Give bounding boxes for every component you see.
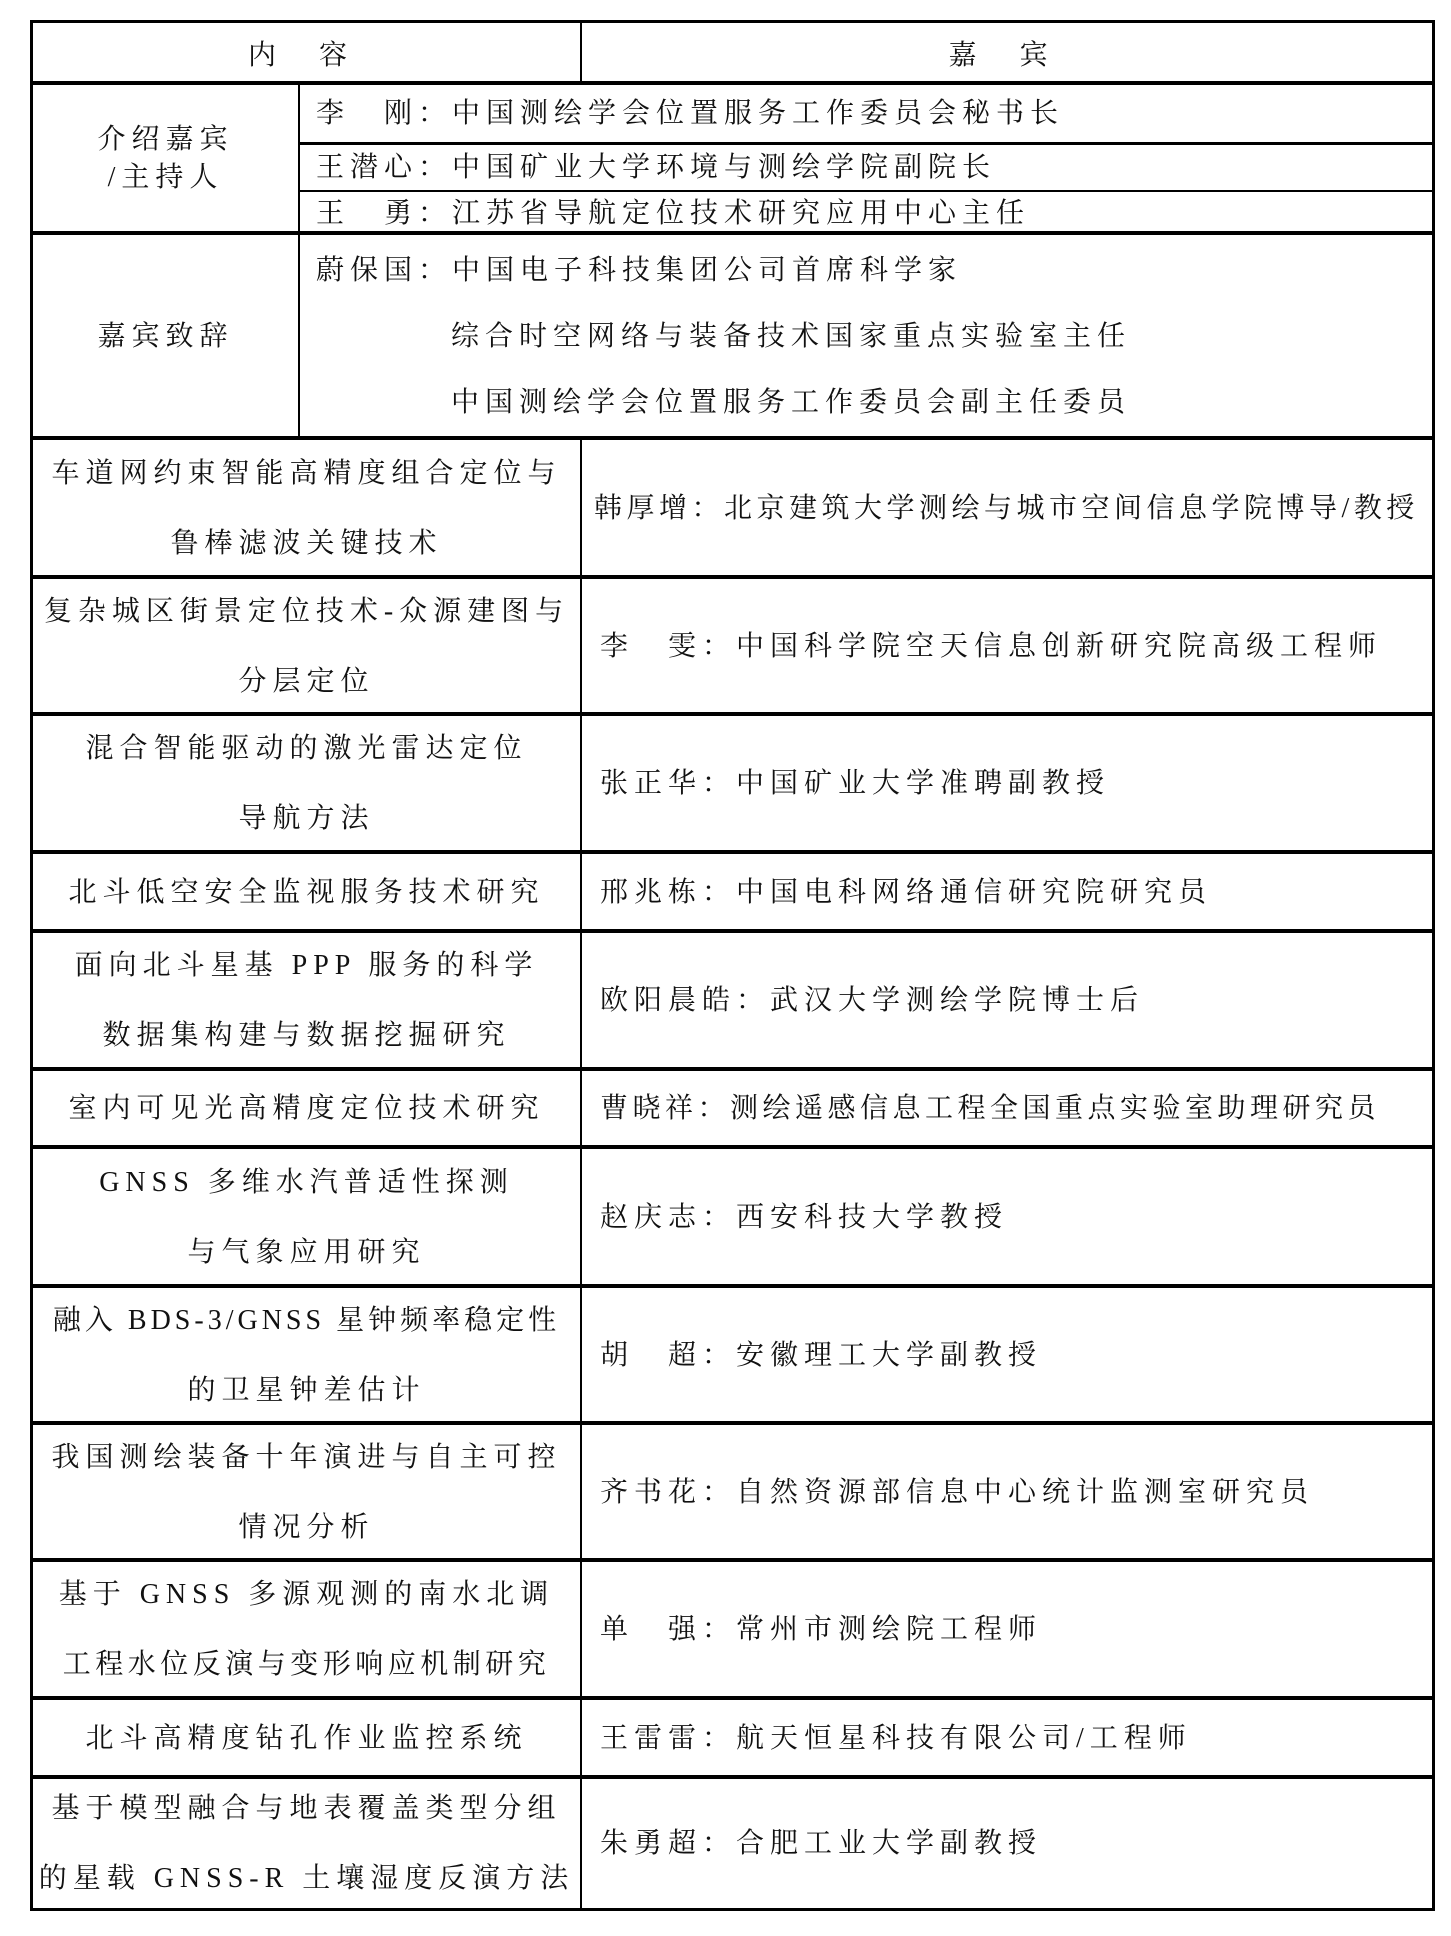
- talk-title-line: 情况分析: [238, 1493, 374, 1563]
- talk-guest-cell: 单 强：常州市测绘院工程师: [580, 1562, 1432, 1698]
- talk-row: 面向北斗星基 PPP 服务的科学 数据集构建与数据挖掘研究 欧阳晨皓：武汉大学测…: [33, 929, 1432, 1069]
- intro-label-line1: 介绍嘉宾: [97, 121, 233, 159]
- intro-section: 介绍嘉宾 /主持人 李 刚：中国测绘学会位置服务工作委员会秘书长 王潜心：中国矿…: [33, 81, 1432, 233]
- talk-title-line: 与气象应用研究: [187, 1218, 425, 1288]
- talk-title-cell: 融入 BDS-3/GNSS 星钟频率稳定性 的卫星钟差估计: [33, 1288, 580, 1423]
- intro-person-row: 李 刚：中国测绘学会位置服务工作委员会秘书长: [300, 85, 1432, 142]
- talk-guest-cell: 韩厚增：北京建筑大学测绘与城市空间信息学院博导/教授: [580, 440, 1432, 577]
- talk-guest-cell: 张正华：中国矿业大学准聘副教授: [580, 716, 1432, 852]
- talk-guest-cell: 朱勇超：合肥工业大学副教授: [580, 1779, 1432, 1908]
- speech-label: 嘉宾致辞: [97, 302, 233, 372]
- talk-title-cell: 面向北斗星基 PPP 服务的科学 数据集构建与数据挖掘研究: [33, 933, 580, 1069]
- talk-title-line: 面向北斗星基 PPP 服务的科学: [75, 931, 539, 1001]
- intro-label-line2: /主持人: [108, 159, 224, 197]
- talk-title-line: 基于 GNSS 多源观测的南水北调: [59, 1560, 555, 1630]
- talk-guest: 韩厚增：北京建筑大学测绘与城市空间信息学院博导/教授: [594, 474, 1432, 544]
- talk-title-line: 融入 BDS-3/GNSS 星钟频率稳定性: [53, 1286, 560, 1356]
- talk-guest: 邢兆栋：中国电科网络通信研究院研究员: [600, 858, 1432, 928]
- talk-row: 我国测绘装备十年演进与自主可控 情况分析 齐书花：自然资源部信息中心统计监测室研…: [33, 1421, 1432, 1560]
- talk-title-line: 分层定位: [238, 647, 374, 717]
- speech-section: 嘉宾致辞 蔚保国：中国电子科技集团公司首席科学家 综合时空网络与装备技术国家重点…: [33, 231, 1432, 438]
- talk-title-cell: 室内可见光高精度定位技术研究: [33, 1071, 580, 1147]
- schedule-table: 内 容 嘉 宾 介绍嘉宾 /主持人 李 刚：中国测绘学会位置服务工作委员会秘书长…: [30, 20, 1435, 1911]
- intro-person-row: 王潜心：中国矿业大学环境与测绘学院副院长: [300, 142, 1432, 190]
- talk-guest: 张正华：中国矿业大学准聘副教授: [600, 749, 1432, 819]
- intro-label-cell: 介绍嘉宾 /主持人: [33, 85, 298, 233]
- talk-guest-cell: 胡 超：安徽理工大学副教授: [580, 1288, 1432, 1423]
- talk-row: 融入 BDS-3/GNSS 星钟频率稳定性 的卫星钟差估计 胡 超：安徽理工大学…: [33, 1284, 1432, 1423]
- talk-guest: 胡 超：安徽理工大学副教授: [600, 1321, 1432, 1391]
- talk-guest: 朱勇超：合肥工业大学副教授: [600, 1809, 1432, 1879]
- talk-title-line: 室内可见光高精度定位技术研究: [68, 1074, 544, 1144]
- talk-title-line: 鲁棒滤波关键技术: [170, 509, 442, 579]
- talk-row: 基于模型融合与地表覆盖类型分组 的星载 GNSS-R 土壤湿度反演方法 朱勇超：…: [33, 1775, 1432, 1908]
- talk-row: GNSS 多维水汽普适性探测 与气象应用研究 赵庆志：西安科技大学教授: [33, 1145, 1432, 1286]
- talk-title-line: 北斗低空安全监视服务技术研究: [68, 858, 544, 928]
- talk-guest-cell: 邢兆栋：中国电科网络通信研究院研究员: [580, 854, 1432, 931]
- table-header-row: 内 容 嘉 宾: [33, 23, 1432, 83]
- talk-guest: 曹晓祥：测绘遥感信息工程全国重点实验室助理研究员: [600, 1074, 1432, 1144]
- speech-line: 综合时空网络与装备技术国家重点实验室主任: [316, 304, 1432, 370]
- talk-guest-cell: 齐书花：自然资源部信息中心统计监测室研究员: [580, 1425, 1432, 1560]
- talk-row: 北斗高精度钻孔作业监控系统 王雷雷：航天恒星科技有限公司/工程师: [33, 1696, 1432, 1777]
- header-content-label: 内 容: [248, 33, 365, 73]
- talk-row: 室内可见光高精度定位技术研究 曹晓祥：测绘遥感信息工程全国重点实验室助理研究员: [33, 1067, 1432, 1147]
- talk-title-cell: GNSS 多维水汽普适性探测 与气象应用研究: [33, 1149, 580, 1286]
- talk-title-line: GNSS 多维水汽普适性探测: [99, 1148, 514, 1218]
- talk-row: 混合智能驱动的激光雷达定位 导航方法 张正华：中国矿业大学准聘副教授: [33, 712, 1432, 852]
- talk-guest: 单 强：常州市测绘院工程师: [600, 1595, 1432, 1665]
- talk-guest: 李 雯：中国科学院空天信息创新研究院高级工程师: [600, 612, 1432, 682]
- header-content-cell: 内 容: [33, 23, 580, 83]
- talk-row: 基于 GNSS 多源观测的南水北调 工程水位反演与变形响应机制研究 单 强：常州…: [33, 1558, 1432, 1698]
- talk-title-line: 混合智能驱动的激光雷达定位: [85, 714, 527, 784]
- header-guests-cell: 嘉 宾: [580, 23, 1432, 83]
- talk-title-line: 我国测绘装备十年演进与自主可控: [51, 1423, 561, 1493]
- talk-row: 车道网约束智能高精度组合定位与 鲁棒滤波关键技术 韩厚增：北京建筑大学测绘与城市…: [33, 436, 1432, 577]
- talk-title-line: 北斗高精度钻孔作业监控系统: [85, 1704, 527, 1774]
- talk-row: 北斗低空安全监视服务技术研究 邢兆栋：中国电科网络通信研究院研究员: [33, 850, 1432, 931]
- talk-title-cell: 基于模型融合与地表覆盖类型分组 的星载 GNSS-R 土壤湿度反演方法: [33, 1779, 580, 1908]
- talk-title-cell: 基于 GNSS 多源观测的南水北调 工程水位反演与变形响应机制研究: [33, 1562, 580, 1698]
- talk-title-cell: 北斗高精度钻孔作业监控系统: [33, 1700, 580, 1777]
- talk-title-line: 车道网约束智能高精度组合定位与: [51, 439, 561, 509]
- speech-guest-cell: 蔚保国：中国电子科技集团公司首席科学家 综合时空网络与装备技术国家重点实验室主任…: [298, 235, 1432, 438]
- talk-title-cell: 混合智能驱动的激光雷达定位 导航方法: [33, 716, 580, 852]
- talk-guest-cell: 赵庆志：西安科技大学教授: [580, 1149, 1432, 1286]
- talk-title-line: 的星载 GNSS-R 土壤湿度反演方法: [39, 1844, 575, 1914]
- talk-title-cell: 我国测绘装备十年演进与自主可控 情况分析: [33, 1425, 580, 1560]
- talk-guest: 欧阳晨皓：武汉大学测绘学院博士后: [600, 966, 1432, 1036]
- talk-guest: 齐书花：自然资源部信息中心统计监测室研究员: [600, 1458, 1432, 1528]
- talk-guest-cell: 曹晓祥：测绘遥感信息工程全国重点实验室助理研究员: [580, 1071, 1432, 1147]
- speech-label-cell: 嘉宾致辞: [33, 235, 298, 438]
- talk-guest-cell: 王雷雷：航天恒星科技有限公司/工程师: [580, 1700, 1432, 1777]
- talk-guest-cell: 李 雯：中国科学院空天信息创新研究院高级工程师: [580, 579, 1432, 714]
- intro-people-cell: 李 刚：中国测绘学会位置服务工作委员会秘书长 王潜心：中国矿业大学环境与测绘学院…: [298, 85, 1432, 233]
- speech-line: 蔚保国：中国电子科技集团公司首席科学家: [316, 238, 1432, 304]
- intro-person: 王潜心：中国矿业大学环境与测绘学院副院长: [316, 148, 996, 188]
- talk-title-line: 导航方法: [238, 784, 374, 854]
- talk-title-line: 工程水位反演与变形响应机制研究: [63, 1630, 551, 1700]
- talk-guest: 王雷雷：航天恒星科技有限公司/工程师: [600, 1704, 1432, 1774]
- talk-title-line: 数据集构建与数据挖掘研究: [102, 1001, 510, 1071]
- talk-title-line: 基于模型融合与地表覆盖类型分组: [51, 1774, 561, 1844]
- talk-guest-cell: 欧阳晨皓：武汉大学测绘学院博士后: [580, 933, 1432, 1069]
- talk-title-cell: 复杂城区街景定位技术-众源建图与 分层定位: [33, 579, 580, 714]
- header-guests-label: 嘉 宾: [948, 33, 1065, 73]
- talk-guest: 赵庆志：西安科技大学教授: [600, 1183, 1432, 1253]
- speech-line: 中国测绘学会位置服务工作委员会副主任委员: [316, 370, 1432, 436]
- talk-row: 复杂城区街景定位技术-众源建图与 分层定位 李 雯：中国科学院空天信息创新研究院…: [33, 575, 1432, 714]
- intro-person: 王 勇：江苏省导航定位技术研究应用中心主任: [316, 194, 1030, 234]
- intro-person-row: 王 勇：江苏省导航定位技术研究应用中心主任: [300, 190, 1432, 235]
- talk-title-line: 复杂城区街景定位技术-众源建图与: [44, 577, 569, 647]
- talk-title-cell: 车道网约束智能高精度组合定位与 鲁棒滤波关键技术: [33, 440, 580, 577]
- talk-title-cell: 北斗低空安全监视服务技术研究: [33, 854, 580, 931]
- intro-person: 李 刚：中国测绘学会位置服务工作委员会秘书长: [316, 94, 1064, 134]
- talk-title-line: 的卫星钟差估计: [187, 1356, 425, 1426]
